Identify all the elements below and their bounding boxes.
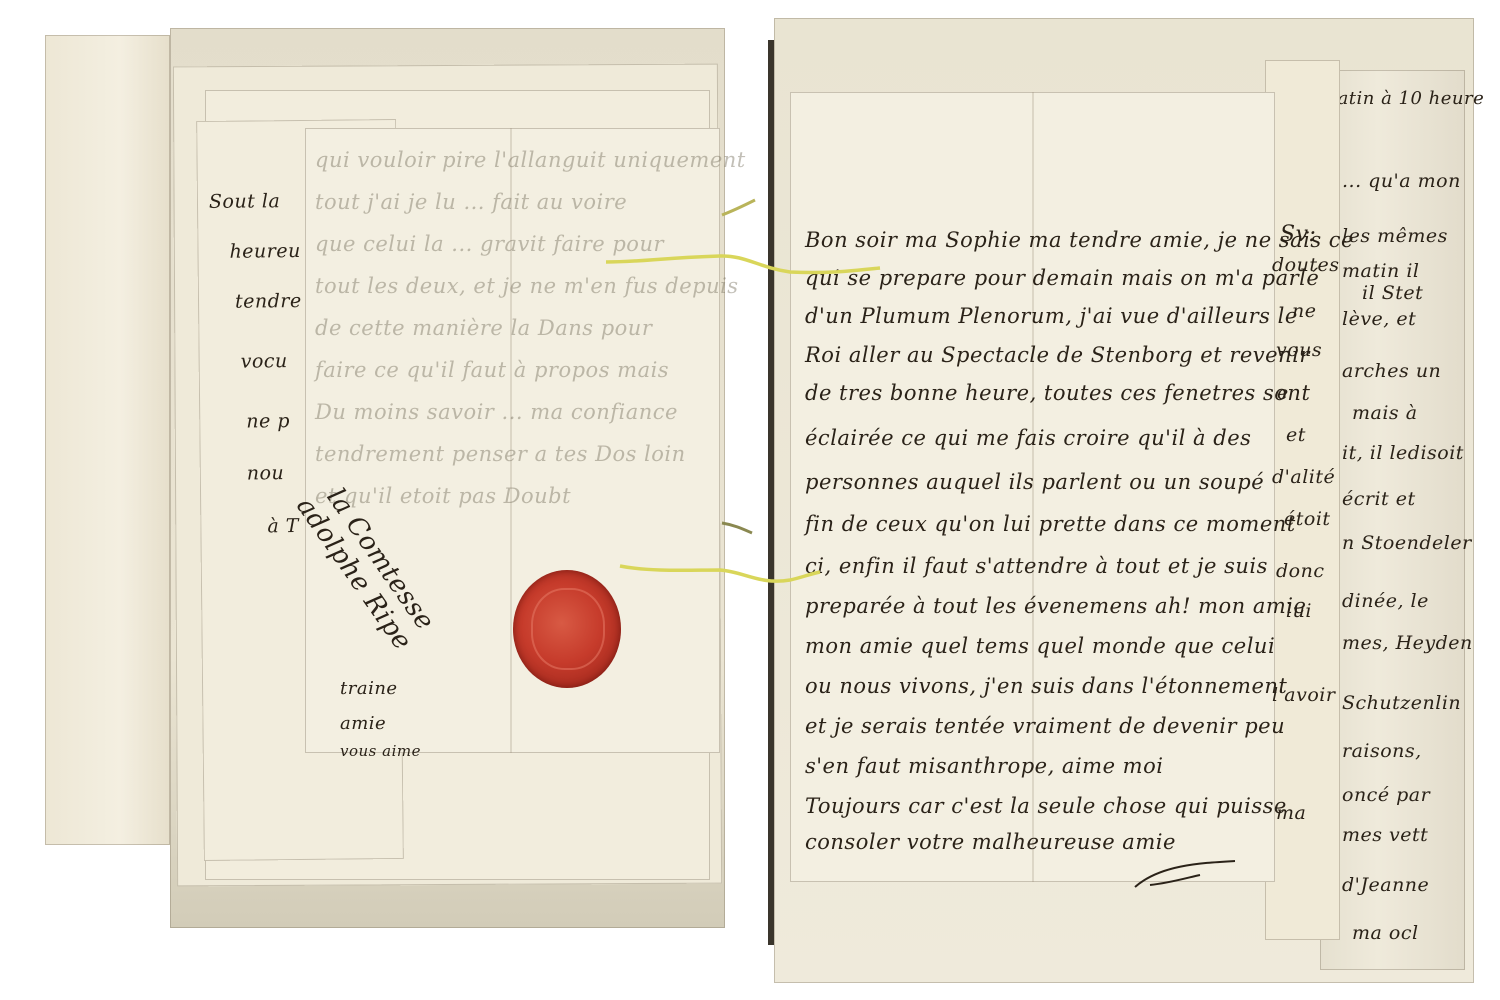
binding-thread <box>0 0 1500 1000</box>
